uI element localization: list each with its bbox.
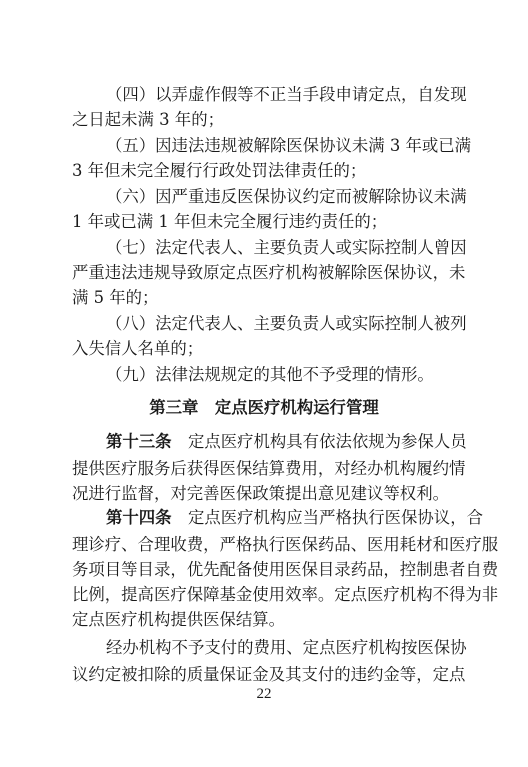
item-8-line-1: （八）法定代表人、主要负责人或实际控制人被列: [106, 312, 458, 336]
article-14-label: 第十四条: [106, 508, 172, 527]
item-5-line-2: 3 年但未完全履行行政处罚法律责任的；: [72, 159, 458, 183]
chapter-heading: 第三章 定点医疗机构运行管理: [0, 396, 528, 420]
article-14-line-5: 定点医疗机构提供医保结算。: [72, 608, 458, 632]
article-13-line-1: 第十三条 定点医疗机构具有依法依规为参保人员: [106, 430, 458, 454]
article-14-text-start: 定点医疗机构应当严格执行医保协议，合: [172, 508, 483, 527]
paragraph-line-2: 议约定被扣除的质量保证金及其支付的违约金等，定点: [72, 663, 458, 687]
item-8-line-2: 入失信人名单的；: [72, 337, 458, 361]
article-13-label: 第十三条: [106, 432, 172, 451]
article-14-line-4: 比例，提高医疗保障基金使用效率。定点医疗机构不得为非: [72, 583, 458, 607]
item-9-line-1: （九）法律法规规定的其他不予受理的情形。: [106, 363, 458, 387]
article-13-line-3: 况进行监督，对完善医保政策提出意见建议等权利。: [72, 482, 458, 506]
item-4-line-2: 之日起未满 3 年的；: [72, 108, 458, 132]
page-number: 22: [0, 686, 528, 703]
article-14-line-2: 理诊疗、合理收费，严格执行医保药品、医用耗材和医疗服: [72, 533, 458, 557]
article-14-line-3: 务项目等目录，优先配备使用医保目录药品，控制患者自费: [72, 558, 458, 582]
article-13-text-start: 定点医疗机构具有依法依规为参保人员: [172, 432, 467, 451]
item-6-line-1: （六）因严重违反医保协议约定而被解除协议未满: [106, 185, 458, 209]
item-7-line-2: 严重违法违规导致原定点医疗机构被解除医保协议，未: [72, 261, 458, 285]
paragraph-line-1: 经办机构不予支付的费用、定点医疗机构按医保协: [106, 636, 458, 660]
document-page: （四）以弄虚作假等不正当手段申请定点，自发现 之日起未满 3 年的； （五）因违…: [0, 0, 528, 767]
item-6-line-2: 1 年或已满 1 年但未完全履行违约责任的；: [72, 210, 458, 234]
item-5-line-1: （五）因违法违规被解除医保协议未满 3 年或已满: [106, 134, 458, 158]
article-13-line-2: 提供医疗服务后获得医保结算费用，对经办机构履约情: [72, 457, 458, 481]
item-7-line-1: （七）法定代表人、主要负责人或实际控制人曾因: [106, 236, 458, 260]
article-14-line-1: 第十四条 定点医疗机构应当严格执行医保协议，合: [106, 506, 458, 530]
item-7-line-3: 满 5 年的；: [72, 286, 458, 310]
item-4-line-1: （四）以弄虚作假等不正当手段申请定点，自发现: [106, 83, 458, 107]
